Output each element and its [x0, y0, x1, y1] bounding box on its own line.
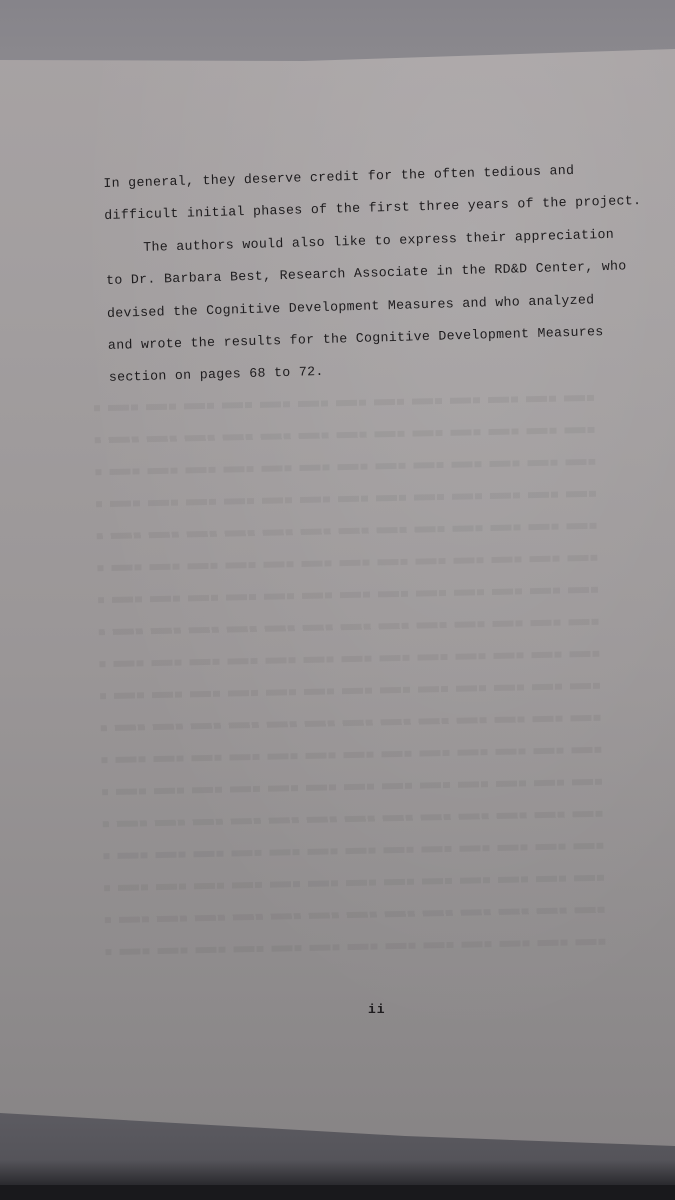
background-edge-strip — [0, 1185, 675, 1200]
bleed-through-text — [94, 395, 606, 981]
page-number: ii — [368, 1002, 386, 1017]
acknowledgement-paragraphs: In general, they deserve credit for the … — [103, 153, 629, 394]
